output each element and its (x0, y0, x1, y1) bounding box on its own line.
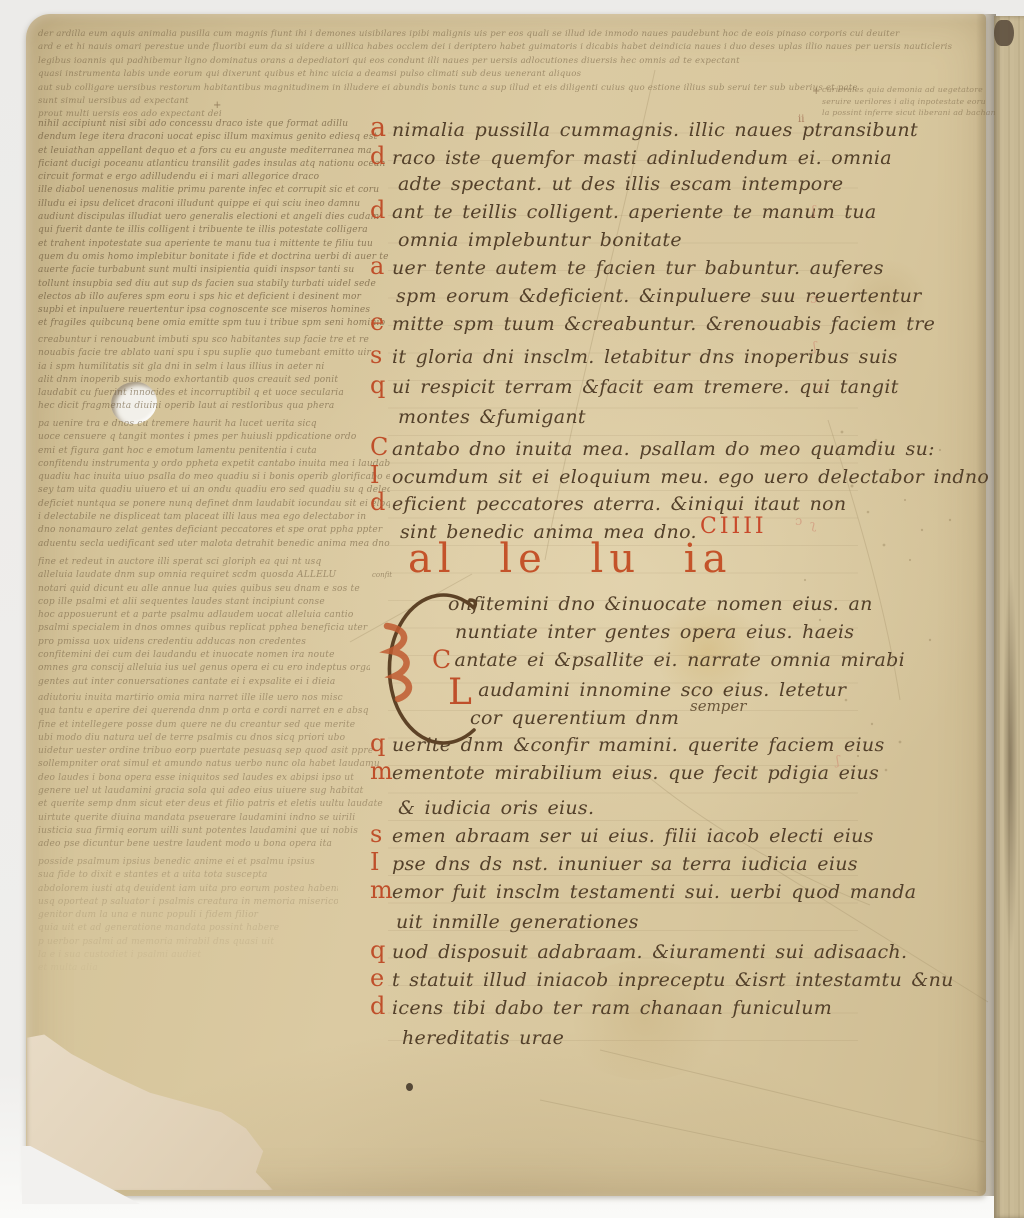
psalm-verse-line: uit inmille generationes (396, 910, 639, 934)
versal-initial: d (370, 994, 386, 1018)
commentary-line: genitor dum la una e nunc populi i fidem… (38, 909, 338, 922)
versal-initial: q (370, 938, 386, 962)
gloss-line: ard e et hi nauis omari perestue unde fl… (38, 41, 980, 54)
versal-initial: q (370, 731, 386, 755)
psalm-verse-line: memor fuit insclm testamenti sui. uerbi … (392, 880, 916, 904)
initial-cue-note: confit (372, 571, 392, 579)
verse-text: emor fuit insclm testamenti sui. uerbi q… (392, 881, 916, 903)
gloss-line: seruire uerilores i aliq inpotestate eor… (822, 96, 1018, 108)
verse-text: antabo dno inuita mea. psallam do meo qu… (392, 438, 935, 460)
verse-text: eficient peccatores aterra. &iniqui itau… (392, 493, 846, 515)
gloss-line: legibus ioannis qui padhibemur ligno dom… (38, 55, 980, 68)
ink-blot (406, 1083, 413, 1091)
commentary-line: sua fide to dixit e stantes et a uita to… (38, 869, 338, 882)
commentary-line: confitendu instrumenta y ordo ppheta exp… (38, 458, 390, 471)
versal-initial: a (370, 254, 385, 278)
versal-initial: e (370, 310, 385, 334)
commentary-line: alit dnm inoperib suis modo exhortantib … (38, 374, 388, 387)
verse-text: spm eorum &deficient. &inpuluere suu reu… (396, 285, 922, 307)
verse-text: ant te teillis colligent. aperiente te m… (392, 201, 877, 223)
psalm-verse-line: Iocumdum sit ei eloquium meu. ego uero d… (392, 465, 989, 489)
psalm-verse-line: & iudicia oris eius. (398, 796, 594, 820)
psalm-verse-line: draco iste quemfor masti adinludendum ei… (392, 146, 892, 170)
red-squiggle-mark: ɔ (795, 514, 802, 529)
edge-notch (994, 20, 1014, 46)
margin-ii-mark: ii (798, 114, 804, 125)
verse-text: mitte spm tuum &creabuntur. &renouabis f… (392, 313, 935, 335)
commentary-line: et trahent inpotestate sua aperiente te … (38, 238, 390, 251)
top-right-gloss: curiorales quia demonia ad uegetatoreser… (822, 84, 1018, 119)
verse-text: nuntiate inter gentes opera eius. haeis (455, 621, 854, 643)
versal-initial: m (370, 759, 393, 783)
verse-text: adte spectant. ut des illis escam intemp… (398, 173, 843, 195)
commentary-line: auerte facie turbabunt sunt multi insipi… (38, 264, 390, 277)
commentary-line: adeo pse dicuntur bene uestre laudent mo… (38, 838, 386, 851)
commentary-line: genere uel ut laudamini gracia sola qui … (38, 785, 386, 798)
commentary-line: uoce censuere q tangit montes i pmes per… (38, 431, 390, 444)
commentary-line: confitemini dei cum dei laudandu et inuo… (38, 649, 370, 662)
psalm-verse-line: hereditatis urae (402, 1026, 564, 1050)
gloss-line: la possint inferre sicut liberani ad bac… (822, 107, 1018, 119)
commentary-line: et leuiathan appellant dequo et a fors c… (38, 145, 390, 158)
commentary-line: quia uit et ad generatione mandata possi… (38, 922, 338, 935)
psalm-verse-line: sit gloria dni insclm. letabitur dns ino… (392, 345, 898, 369)
versal-initial: d (370, 144, 386, 168)
red-squiggle-mark: ʃ (836, 754, 840, 769)
psalm-verse-line: Ipse dns ds nst. inuniuer sa terra iudic… (392, 852, 858, 876)
commentary-line: gentes aut inter conuersationes cantate … (38, 676, 370, 689)
commentary-line: omnes gra conscij alleluia ius uel genus… (38, 662, 370, 675)
commentary-line: creabuntur i renouabunt imbuti spu sco h… (38, 334, 388, 347)
red-squiggle-mark: ʃ (813, 340, 817, 355)
commentary-line: posside psalmum ipsius benedic anime ei … (38, 856, 338, 869)
verse-text: uerite dnm &confir mamini. querite facie… (392, 734, 885, 756)
verse-text: emen abraam ser ui eius. filii iacob ele… (392, 825, 874, 847)
margin-note-semper: semper (690, 697, 746, 715)
verse-text: nimalia pussilla cummagnis. illic naues … (392, 119, 918, 141)
red-squiggle-mark: ʅ (810, 518, 816, 533)
commentary-line: et querite semp dnm sicut eter deus et f… (38, 798, 386, 811)
commentary-line: dendum lege itera draconi uocat episc il… (38, 131, 390, 144)
commentary-line: ia i spm humilitatis sit gla dni in selm… (38, 361, 388, 374)
psalm-verse-line: auer tente autem te facien tur babuntur.… (392, 256, 884, 280)
versal-initial: L (448, 672, 472, 713)
verse-text: omnia implebuntur bonitate (398, 229, 682, 251)
commentary-line: hoc apposuerunt et a parte psalmu adlaud… (38, 609, 370, 622)
versal-initial: I (370, 463, 380, 487)
versal-initial: m (370, 878, 393, 902)
commentary-line: psalmi specialem in dnos omnes quibus re… (38, 622, 370, 635)
versal-initial: d (370, 490, 386, 514)
commentary-line: quem du omis homo implebitur bonitate i … (38, 251, 390, 264)
versal-initial: s (370, 343, 383, 367)
commentary-line: ficiant ducigi poceanu atlanticu transil… (38, 158, 390, 171)
commentary-line: uirtute querite diuina mandata pseuerare… (38, 812, 386, 825)
verse-text: uer tente autem te facien tur babuntur. … (392, 257, 884, 279)
commentary-line: deo laudes i bona opera esse iniquitos s… (38, 772, 386, 785)
commentary-line: pa uenire tra e dnos cu tremere haurit h… (38, 418, 390, 431)
manuscript-photo: der ardilla eum aquis animalia pusilla c… (0, 0, 1024, 1218)
book-fore-edge (994, 16, 1024, 1218)
commentary-line: adiutoriu inuita martirio omia mira narr… (38, 692, 386, 705)
commentary-line: pro pmissa uox uidens credentiu adducas … (38, 636, 370, 649)
verse-text: antate ei &psallite ei. narrate omnia mi… (454, 649, 905, 671)
psalm-verse-line: montes &fumigant (398, 405, 586, 429)
commentary-line: uidetur uester ordine tribuo eorp puerta… (38, 745, 386, 758)
commentary-line: fine et intellegere posse dum quere ne d… (38, 719, 386, 732)
psalm-verse-line: Laudamini innomine sco eius. letetur (448, 678, 846, 705)
versal-initial: d (370, 198, 386, 222)
commentary-line: quadiu hac inuita uiuo psalla do meo qua… (38, 471, 390, 484)
commentary-line: ubi modo diu natura uel de terre psalmis… (38, 732, 386, 745)
verse-text: t statuit illud iniacob inpreceptu &isrt… (392, 969, 954, 991)
versal-initial: e (370, 966, 385, 990)
commentary-line: notari quid dicunt eu alle annue lua qui… (38, 583, 370, 596)
commentary-line: illudu ei ipsu delicet draconi illudunt … (38, 198, 390, 211)
red-squiggle-mark: ɔ (810, 292, 817, 307)
commentary-line: deficiet nuntqua se ponere nunq definet … (38, 498, 390, 511)
verse-text: ocumdum sit ei eloquium meu. ego uero de… (392, 466, 989, 488)
psalm-verse-line: cor querentium dnm (470, 706, 679, 730)
red-squiggle-mark: ʃ (812, 204, 816, 219)
verse-text: onfitemini dno &inuocate nomen eius. an (448, 593, 873, 615)
alleluia-rubric: al le lu ia (408, 536, 732, 582)
psalm-verse-line: emitte spm tuum &creabuntur. &renouabis … (392, 312, 935, 336)
commentary-line: p uerbor psalmi ad memoria mirabil dns q… (38, 936, 338, 949)
commentary-line: electos ab illo auferes spm eoru i sps h… (38, 291, 390, 304)
commentary-line: sollempniter orat simul et amundo natus … (38, 758, 386, 771)
verse-text: icens tibi dabo ter ram chanaan funiculu… (392, 997, 832, 1019)
versal-initial: a (370, 116, 386, 140)
commentary-line: iusticia sua firmiq eorum uilli sunt pot… (38, 825, 386, 838)
versal-initial: C (370, 435, 389, 459)
psalm-verse-line: omnia implebuntur bonitate (398, 228, 682, 252)
cross-mark: + (213, 100, 221, 111)
commentary-line: alleluia laudate dnm sup omnia requiret … (38, 569, 370, 582)
psalm-verse-line: et statuit illud iniacob inpreceptu &isr… (392, 968, 954, 992)
red-squiggle-mark: ɔ (816, 380, 823, 395)
verse-text: uod disposuit adabraam. &iuramenti sui a… (392, 941, 907, 963)
commentary-block: creabuntur i renouabunt imbuti spu sco h… (38, 334, 388, 414)
psalm-verse-line: quod disposuit adabraam. &iuramenti sui … (392, 940, 907, 964)
commentary-line: sey tam uita quadiu uiuero et ui an ondu… (38, 484, 390, 497)
commentary-line: nihil accipiunt nisi sibi ado concessu d… (38, 118, 390, 131)
commentary-line: emi et figura gant hoc e emotum lamentu … (38, 445, 390, 458)
versal-initial: s (370, 822, 383, 846)
cross-mark: + (812, 86, 820, 97)
commentary-line: i delectabile ne displiceat tam placeat … (38, 511, 390, 524)
commentary-block: adiutoriu inuita martirio omia mira narr… (38, 692, 386, 852)
verse-text: audamini innomine sco eius. letetur (478, 679, 846, 701)
commentary-line: nouabis facie tre ablato uani spu i spu … (38, 347, 388, 360)
versal-initial: C (432, 645, 451, 674)
commentary-line: qua tantu e aperire dei querenda dnm p o… (38, 705, 386, 718)
psalm-verse-line: nuntiate inter gentes opera eius. haeis (455, 620, 854, 644)
verse-text: pse dns ds nst. inuniuer sa terra iudici… (392, 853, 858, 875)
gloss-line: curiorales quia demonia ad uegetatore (822, 84, 1018, 96)
gloss-line: quasi instrumenta labis unde eorum qui d… (38, 68, 980, 81)
versal-initial: q (370, 373, 386, 397)
commentary-line: cop ille psalmi et alii sequentes laudes… (38, 596, 370, 609)
commentary-line: laudabit cu fuerint innocides et incorru… (38, 387, 388, 400)
psalm-verse-line: semen abraam ser ui eius. filii iacob el… (392, 824, 874, 848)
commentary-line: usq oporteat p saluator i psalmis creatu… (38, 896, 338, 909)
commentary-block: posside psalmum ipsius benedic anime ei … (38, 856, 338, 976)
verse-text: raco iste quemfor masti adinludendum ei.… (392, 147, 892, 169)
verse-text: hereditatis urae (402, 1027, 564, 1049)
commentary-line: circuit format e ergo adilludendu ei i m… (38, 171, 390, 184)
verse-text: uit inmille generationes (396, 911, 639, 933)
psalm-number: CIIII (700, 514, 767, 539)
commentary-block: fine et redeut in auctore illi sperat sc… (38, 556, 370, 689)
commentary-line: abdolorem iusti atq deuident iam uita pr… (38, 883, 338, 896)
gloss-line: der ardilla eum aquis animalia pusilla c… (38, 28, 980, 41)
commentary-line: audiunt discipulas illudiat uero general… (38, 211, 390, 224)
psalm-verse-line: dicens tibi dabo ter ram chanaan funicul… (392, 996, 832, 1020)
psalm-verse-line: adte spectant. ut des illis escam intemp… (398, 172, 843, 196)
verse-text: cor querentium dnm (470, 707, 679, 729)
psalm-verse-line: onfitemini dno &inuocate nomen eius. an (448, 592, 873, 616)
commentary-line: fine et redeut in auctore illi sperat sc… (38, 556, 370, 569)
verse-text: ementote mirabilium eius. que fecit pdig… (392, 762, 879, 784)
commentary-line: supbi et inpuluere reuertentur ipsa cogn… (38, 304, 390, 317)
commentary-line: et fragiles quibcunq bene omia emitte sp… (38, 317, 390, 330)
psalm-verse-line: spm eorum &deficient. &inpuluere suu reu… (396, 284, 922, 308)
verse-text: montes &fumigant (398, 406, 586, 428)
commentary-line: la e i sua custodiet i psalmi audiet (38, 949, 338, 962)
psalm-verse-line: deficient peccatores aterra. &iniqui ita… (392, 492, 846, 516)
commentary-line: aduentu secla uedificant sed uter malota… (38, 538, 390, 551)
psalm-verse-line: dant te teillis colligent. aperiente te … (392, 200, 877, 224)
psalm-verse-line: Cantabo dno inuita mea. psallam do meo q… (392, 437, 935, 461)
commentary-line: hec dicit fragmenta diuini operib laut a… (38, 400, 388, 413)
psalm-verse-line: querite dnm &confir mamini. querite faci… (392, 733, 885, 757)
psalm-verse-line: animalia pussilla cummagnis. illic naues… (392, 118, 918, 142)
commentary-line: qui fuerit dante te illis colligent i tr… (38, 224, 390, 237)
commentary-block: pa uenire tra e dnos cu tremere haurit h… (38, 418, 390, 551)
commentary-line: ille diabol uenenosus malitie primu pare… (38, 184, 390, 197)
verse-text: it gloria dni insclm. letabitur dns inop… (392, 346, 898, 368)
gutter-shadow (976, 14, 996, 1196)
verse-text: & iudicia oris eius. (398, 797, 594, 819)
commentary-block: nihil accipiunt nisi sibi ado concessu d… (38, 118, 390, 331)
psalm-verse-line: Cantate ei &psallite ei. narrate omnia m… (432, 648, 905, 672)
commentary-line: tollunt insupbia sed diu aut sup ds faci… (38, 278, 390, 291)
psalm-verse-line: mementote mirabilium eius. que fecit pdi… (392, 761, 879, 785)
commentary-line: dno nonamauro zelat gentes deficiant pec… (38, 524, 390, 537)
versal-initial: I (370, 850, 380, 874)
commentary-line: et multa alia (38, 962, 338, 975)
